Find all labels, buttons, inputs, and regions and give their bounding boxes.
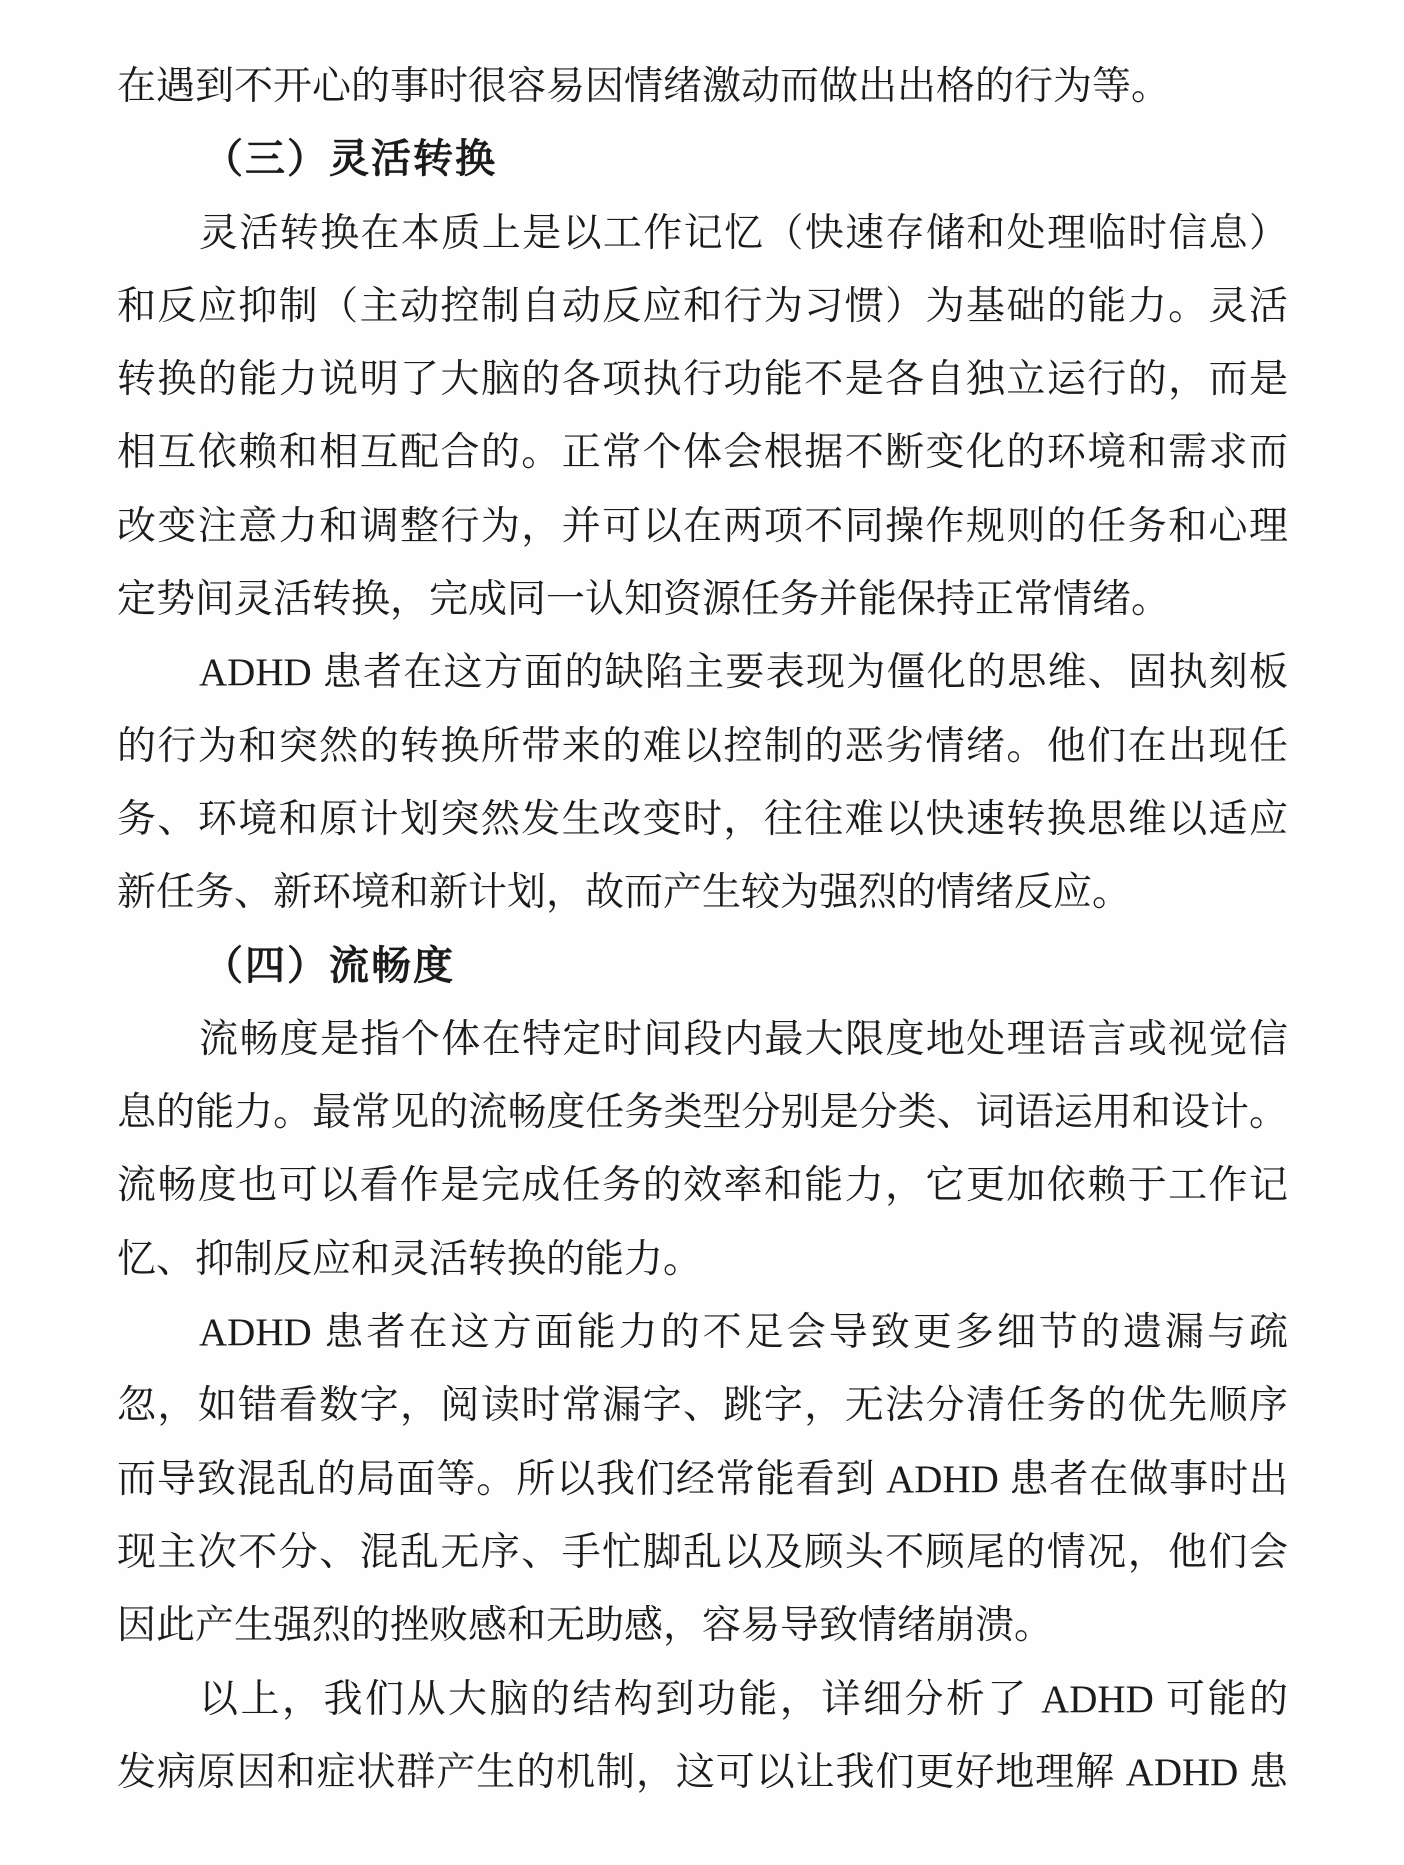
- body-text-line: 忆、抑制反应和灵活转换的能力。: [117, 1223, 1288, 1296]
- document-page: { "page": { "background_color": "#fefefe…: [0, 0, 1404, 1865]
- body-text-line: 灵活转换在本质上是以工作记忆（快速存储和处理临时信息）: [117, 197, 1288, 270]
- body-text-line: 以上，我们从大脑的结构到功能，详细分析了 ADHD 可能的: [117, 1663, 1288, 1736]
- body-text-line: 因此产生强烈的挫败感和无助感，容易导致情绪崩溃。: [117, 1589, 1288, 1662]
- body-text-line: 相互依赖和相互配合的。正常个体会根据不断变化的环境和需求而: [117, 416, 1288, 489]
- section-heading: （三）灵活转换: [117, 123, 1288, 196]
- body-text-line: 息的能力。最常见的流畅度任务类型分别是分类、词语运用和设计。: [117, 1076, 1288, 1149]
- body-text-line: 而导致混乱的局面等。所以我们经常能看到 ADHD 患者在做事时出: [117, 1443, 1288, 1516]
- body-text-line: 改变注意力和调整行为，并可以在两项不同操作规则的任务和心理: [117, 490, 1288, 563]
- body-text-line: 转换的能力说明了大脑的各项执行功能不是各自独立运行的，而是: [117, 343, 1288, 416]
- body-text-line: 务、环境和原计划突然发生改变时，往往难以快速转换思维以适应: [117, 783, 1288, 856]
- section-heading: （四）流畅度: [117, 930, 1288, 1003]
- body-text-line: 流畅度是指个体在特定时间段内最大限度地处理语言或视觉信: [117, 1003, 1288, 1076]
- body-text-line: 和反应抑制（主动控制自动反应和行为习惯）为基础的能力。灵活: [117, 270, 1288, 343]
- body-text-line: 定势间灵活转换，完成同一认知资源任务并能保持正常情绪。: [117, 563, 1288, 636]
- body-text-line: 新任务、新环境和新计划，故而产生较为强烈的情绪反应。: [117, 856, 1288, 929]
- body-text-line: 的行为和突然的转换所带来的难以控制的恶劣情绪。他们在出现任: [117, 710, 1288, 783]
- body-text-line: 在遇到不开心的事时很容易因情绪激动而做出出格的行为等。: [117, 50, 1288, 123]
- body-text-line: ADHD 患者在这方面能力的不足会导致更多细节的遗漏与疏: [117, 1296, 1288, 1369]
- body-text-line: ADHD 患者在这方面的缺陷主要表现为僵化的思维、固执刻板: [117, 636, 1288, 709]
- body-text-line: 发病原因和症状群产生的机制，这可以让我们更好地理解 ADHD 患: [117, 1736, 1288, 1809]
- body-text-line: 忽，如错看数字，阅读时常漏字、跳字，无法分清任务的优先顺序: [117, 1369, 1288, 1442]
- body-text-line: 现主次不分、混乱无序、手忙脚乱以及顾头不顾尾的情况，他们会: [117, 1516, 1288, 1589]
- text-column: 在遇到不开心的事时很容易因情绪激动而做出出格的行为等。（三）灵活转换灵活转换在本…: [117, 50, 1288, 1809]
- book-page: 在遇到不开心的事时很容易因情绪激动而做出出格的行为等。（三）灵活转换灵活转换在本…: [0, 0, 1404, 1865]
- body-text-line: 流畅度也可以看作是完成任务的效率和能力，它更加依赖于工作记: [117, 1149, 1288, 1222]
